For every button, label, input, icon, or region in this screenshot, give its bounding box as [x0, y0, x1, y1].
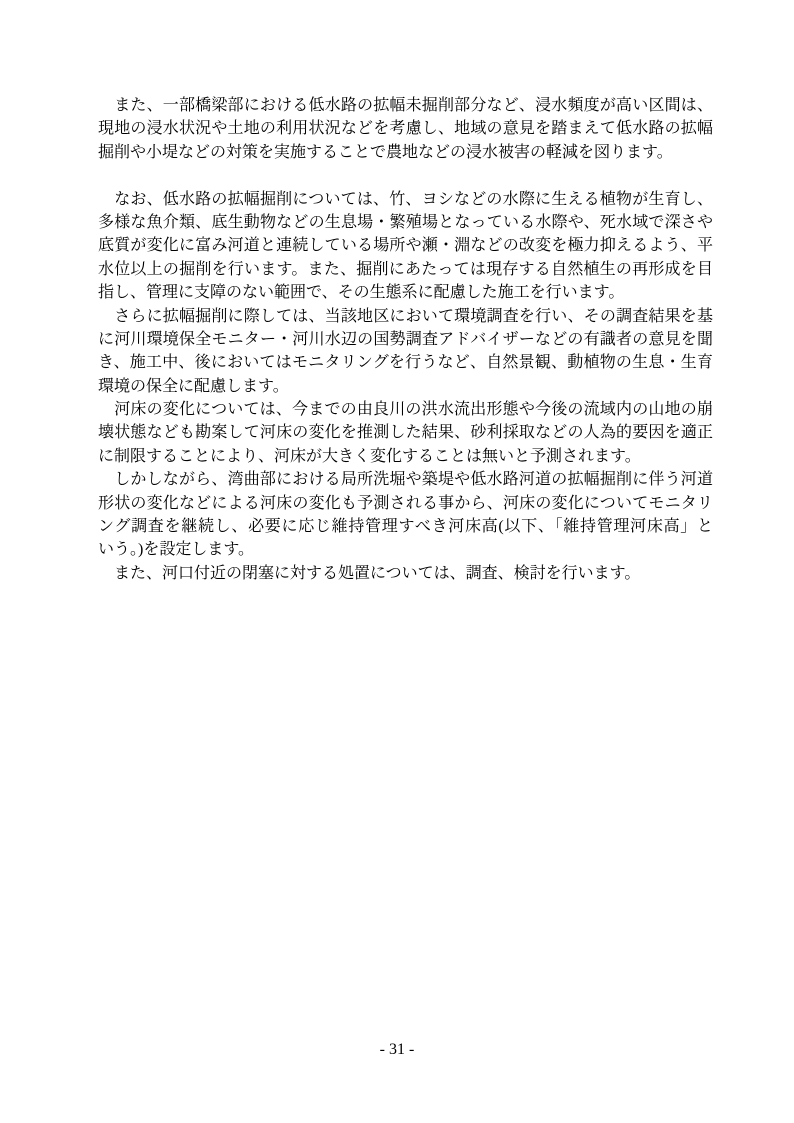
- paragraph: また、一部橋梁部における低水路の拡幅未掘削部分など、浸水頻度が高い区間は、現地の…: [98, 94, 713, 164]
- text-line: 現地の浸水状況や土地の利用状況などを考慮し、地域の意見を踏まえて低水路の拡幅: [98, 117, 713, 140]
- text-line: いう。)を設定します。: [98, 538, 713, 561]
- page-footer: - 31 -: [0, 1042, 794, 1058]
- text-line: 指し、管理に支障のない範囲で、その生態系に配慮した施工を行います。: [98, 281, 713, 304]
- text-line: なお、低水路の拡幅掘削については、竹、ヨシなどの水際に生える植物が生育し、: [98, 188, 713, 211]
- text-line: また、河口付近の閉塞に対する処置については、調査、検討を行います。: [98, 562, 713, 585]
- paragraph: 河床の変化については、今までの由良川の洪水流出形態や今後の流域内の山地の崩壊状態…: [98, 398, 713, 468]
- text-line: しかしながら、湾曲部における局所洗堀や築堤や低水路河道の拡幅掘削に伴う河道: [98, 468, 713, 491]
- paragraph: しかしながら、湾曲部における局所洗堀や築堤や低水路河道の拡幅掘削に伴う河道形状の…: [98, 468, 713, 562]
- text-line: 掘削や小堤などの対策を実施することで農地などの浸水被害の軽減を図ります。: [98, 141, 713, 164]
- text-line: 河床の変化については、今までの由良川の洪水流出形態や今後の流域内の山地の崩: [98, 398, 713, 421]
- text-line: き、施工中、後においてはモニタリングを行うなど、自然景観、動植物の生息・生育: [98, 351, 713, 374]
- text-line: ング調査を継続し、必要に応じ維持管理すべき河床高(以下、「維持管理河床高」と: [98, 515, 713, 538]
- paragraph: また、河口付近の閉塞に対する処置については、調査、検討を行います。: [98, 562, 713, 585]
- paragraph: さらに拡幅掘削に際しては、当該地区において環境調査を行い、その調査結果を基に河川…: [98, 305, 713, 399]
- text-line: 環境の保全に配慮します。: [98, 375, 713, 398]
- text-line: に河川環境保全モニター・河川水辺の国勢調査アドバイザーなどの有識者の意見を聞: [98, 328, 713, 351]
- text-line: 多様な魚介類、底生動物などの生息場・繁殖場となっている水際や、死水域で深さや: [98, 211, 713, 234]
- text-line: さらに拡幅掘削に際しては、当該地区において環境調査を行い、その調査結果を基: [98, 305, 713, 328]
- document-page: また、一部橋梁部における低水路の拡幅未掘削部分など、浸水頻度が高い区間は、現地の…: [0, 0, 794, 1123]
- document-body: また、一部橋梁部における低水路の拡幅未掘削部分など、浸水頻度が高い区間は、現地の…: [98, 94, 713, 585]
- text-line: 底質が変化に富み河道と連続している場所や瀬・淵などの改変を極力抑えるよう、平: [98, 234, 713, 257]
- paragraph: なお、低水路の拡幅掘削については、竹、ヨシなどの水際に生える植物が生育し、多様な…: [98, 188, 713, 305]
- text-line: 形状の変化などによる河床の変化も予測される事から、河床の変化についてモニタリ: [98, 492, 713, 515]
- text-line: に制限することにより、河床が大きく変化することは無いと予測されます。: [98, 445, 713, 468]
- text-line: 壊状態なども勘案して河床の変化を推測した結果、砂利採取などの人為的要因を適正: [98, 421, 713, 444]
- text-line: また、一部橋梁部における低水路の拡幅未掘削部分など、浸水頻度が高い区間は、: [98, 94, 713, 117]
- text-line: 水位以上の掘削を行います。また、掘削にあたっては現存する自然植生の再形成を目: [98, 258, 713, 281]
- page-number: - 31 -: [380, 1041, 415, 1058]
